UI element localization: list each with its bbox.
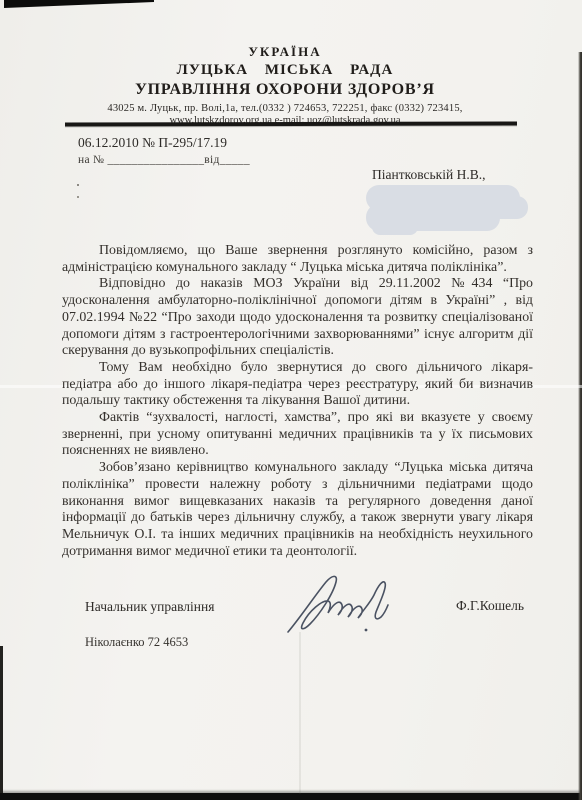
letter-body: Повідомляємо, що Ваше звернення розгляну… bbox=[62, 243, 533, 560]
paper-crease-vertical bbox=[299, 632, 301, 794]
letterhead-contact-line: 43025 м. Луцьк, пр. Волі,1а, тел.(0332 )… bbox=[0, 103, 570, 114]
addressee-name: Піантковській Н.В., bbox=[372, 167, 485, 183]
reply-to-number-line: на № ________________від_____ bbox=[78, 154, 250, 166]
letterhead-council: ЛУЦЬКА МІСЬКА РАДА bbox=[0, 62, 570, 79]
scan-speck bbox=[77, 184, 79, 186]
body-paragraph: Фактів “зухвалості, наглості, хамства”, … bbox=[62, 410, 533, 460]
body-paragraph: Повідомляємо, що Ваше звернення розгляну… bbox=[62, 243, 533, 276]
letterhead: УКРАЇНА ЛУЦЬКА МІСЬКА РАДА УПРАВЛІННЯ ОХ… bbox=[0, 44, 570, 126]
letterhead-department: УПРАВЛІННЯ ОХОРОНИ ЗДОРОВ’Я bbox=[0, 81, 570, 99]
scan-edge-bottom bbox=[0, 793, 582, 800]
signer-name: Ф.Г.Кошель bbox=[456, 598, 524, 614]
executor-contact: Ніколаєнко 72 4653 bbox=[85, 635, 188, 650]
signer-position-title: Начальник управління bbox=[85, 599, 214, 615]
outgoing-number: 06.12.2010 № П-295/17.19 bbox=[78, 135, 250, 151]
scan-edge-top-streak bbox=[4, 0, 156, 9]
body-paragraph: Зобов’язано керівництво комунального зак… bbox=[62, 460, 533, 560]
redaction-blob-icon bbox=[362, 182, 532, 238]
body-paragraph: Тому Вам необхідно було звернутися до св… bbox=[62, 360, 533, 410]
scan-edge-left bbox=[0, 646, 3, 793]
scanned-letter-page: { "colors": { "paper": "#f3f2ee", "ink":… bbox=[0, 0, 582, 800]
handwritten-signature-icon bbox=[282, 568, 410, 642]
body-paragraph: Відповідно до наказів МОЗ України від 29… bbox=[62, 276, 533, 360]
reference-block: 06.12.2010 № П-295/17.19 на № __________… bbox=[78, 135, 250, 166]
scan-edge-right bbox=[578, 52, 582, 800]
letterhead-country: УКРАЇНА bbox=[0, 44, 570, 60]
